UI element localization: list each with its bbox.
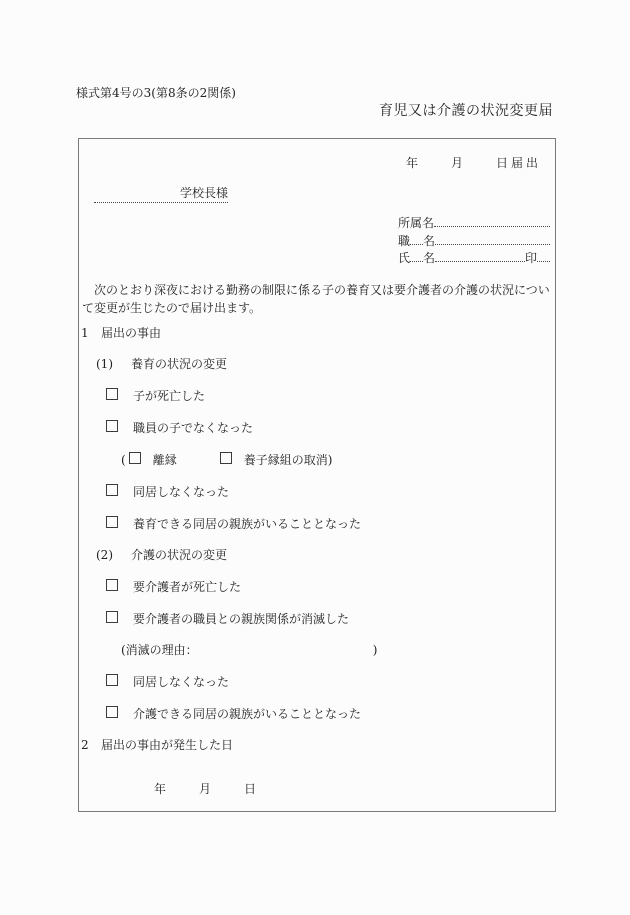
occurrence-date-line: 年 月 日 <box>154 782 555 797</box>
addressee-field[interactable]: 学校長様 <box>94 186 228 203</box>
name-label-char2: 名 <box>423 251 435 266</box>
section2-heading: 2 届出の事由が発生した日 <box>81 738 555 753</box>
checkbox-relative-available-nursing[interactable] <box>106 706 118 718</box>
checkbox-adoption-cancel[interactable] <box>220 452 232 464</box>
body-paragraph-line1: 次のとおり深夜における勤務の制限に係る子の養育又は要介護者の介護の状況につい <box>82 281 550 299</box>
section1-number: 1 <box>81 326 101 341</box>
affiliation-blank[interactable] <box>434 224 550 227</box>
subsection2-title: 介護の状況の変更 <box>131 548 227 563</box>
checkbox-label: 介護できる同居の親族がいることとなった <box>133 707 361 722</box>
checkbox-label: 同居しなくなった <box>133 485 229 500</box>
affiliation-field: 所属名 <box>398 216 550 234</box>
document-title: 育児又は介護の状況変更届 <box>379 103 553 119</box>
checkbox-item-relative-available-care: 養育できる同居の親族がいることとなった <box>106 516 555 532</box>
form-number: 様式第4号の3(第8条の2関係) <box>76 86 236 101</box>
checkbox-label: 子が死亡した <box>133 389 205 404</box>
position-label-gap <box>410 242 423 245</box>
checkbox-label: 養子縁組の取消 <box>244 453 328 468</box>
position-blank[interactable] <box>435 242 550 245</box>
position-label-char2: 名 <box>423 234 435 249</box>
checkbox-label: 同居しなくなった <box>133 675 229 690</box>
checkbox-label: 要介護者が死亡した <box>133 580 241 595</box>
checkbox-care-no-longer-cohabiting[interactable] <box>106 674 118 686</box>
subsection1-heading: (1) 養育の状況の変更 <box>96 357 555 372</box>
checkbox-label: 養育できる同居の親族がいることとなった <box>133 517 361 532</box>
checkbox-child-died[interactable] <box>106 388 118 400</box>
section2-title: 届出の事由が発生した日 <box>101 738 233 753</box>
signature-block: 所属名 職 名 氏 名 印 <box>398 216 550 269</box>
paren-sub-options: ( 離縁 養子縁組の取消 ) <box>121 452 555 468</box>
body-paragraph-line2: て変更が生じたので届け出ます。 <box>82 299 550 317</box>
subsection2-number: (2) <box>96 548 131 563</box>
section2-number: 2 <box>81 738 101 753</box>
name-blank[interactable] <box>435 259 525 262</box>
body-paragraph: 次のとおり深夜における勤務の制限に係る子の養育又は要介護者の介護の状況につい て… <box>82 281 550 317</box>
affiliation-label: 所属名 <box>398 216 434 231</box>
checkbox-family-relation-ended[interactable] <box>106 611 118 623</box>
checkbox-label: 離縁 <box>153 453 177 468</box>
checkbox-item-family-relation-ended: 要介護者の職員との親族関係が消滅した <box>106 611 555 627</box>
paren-close: ) <box>328 453 333 468</box>
position-field: 職 名 <box>398 234 550 252</box>
reason-line: (消滅の理由： ) <box>121 643 555 658</box>
addressee-label: 学校長様 <box>180 186 228 200</box>
seal-label: 印 <box>525 251 537 266</box>
name-field: 氏 名 印 <box>398 251 550 269</box>
checkbox-item-no-longer-cohabiting: 同居しなくなった <box>106 484 555 500</box>
name-label-char1: 氏 <box>398 251 410 266</box>
checkbox-item-relative-available-nursing: 介護できる同居の親族がいることとなった <box>106 706 555 722</box>
checkbox-item-no-longer-child: 職員の子でなくなった <box>106 420 555 436</box>
checkbox-item-care-no-longer-cohabiting: 同居しなくなった <box>106 674 555 690</box>
reason-paren-close: ) <box>373 643 378 658</box>
checkbox-item-care-recipient-died: 要介護者が死亡した <box>106 579 555 595</box>
subsection1-number: (1) <box>96 357 131 372</box>
form-box: 年 月 日届出 学校長様 所属名 職 名 氏 名 印 <box>78 138 556 812</box>
checkbox-label: 職員の子でなくなった <box>133 421 253 436</box>
reason-label: (消滅の理由： <box>121 643 198 658</box>
checkbox-relative-available-care[interactable] <box>106 516 118 528</box>
subsection1-title: 養育の状況の変更 <box>131 357 227 372</box>
checkbox-item-child-died: 子が死亡した <box>106 388 555 404</box>
section1-heading: 1 届出の事由 <box>81 326 555 341</box>
checkbox-label: 要介護者の職員との親族関係が消滅した <box>133 612 349 627</box>
name-label-gap <box>410 259 423 262</box>
document-page: 様式第4号の3(第8条の2関係) 育児又は介護の状況変更届 年 月 日届出 学校… <box>0 0 630 915</box>
checkbox-no-longer-child[interactable] <box>106 420 118 432</box>
section1-title: 届出の事由 <box>101 326 161 341</box>
subsection2-heading: (2) 介護の状況の変更 <box>96 548 555 563</box>
checkbox-no-longer-cohabiting[interactable] <box>106 484 118 496</box>
position-label-char1: 職 <box>398 234 410 249</box>
submission-date-line: 年 月 日届出 <box>79 156 555 171</box>
paren-open: ( <box>121 453 126 468</box>
seal-line-tail <box>537 259 550 262</box>
checkbox-divorce[interactable] <box>129 452 141 464</box>
checkbox-care-recipient-died[interactable] <box>106 579 118 591</box>
